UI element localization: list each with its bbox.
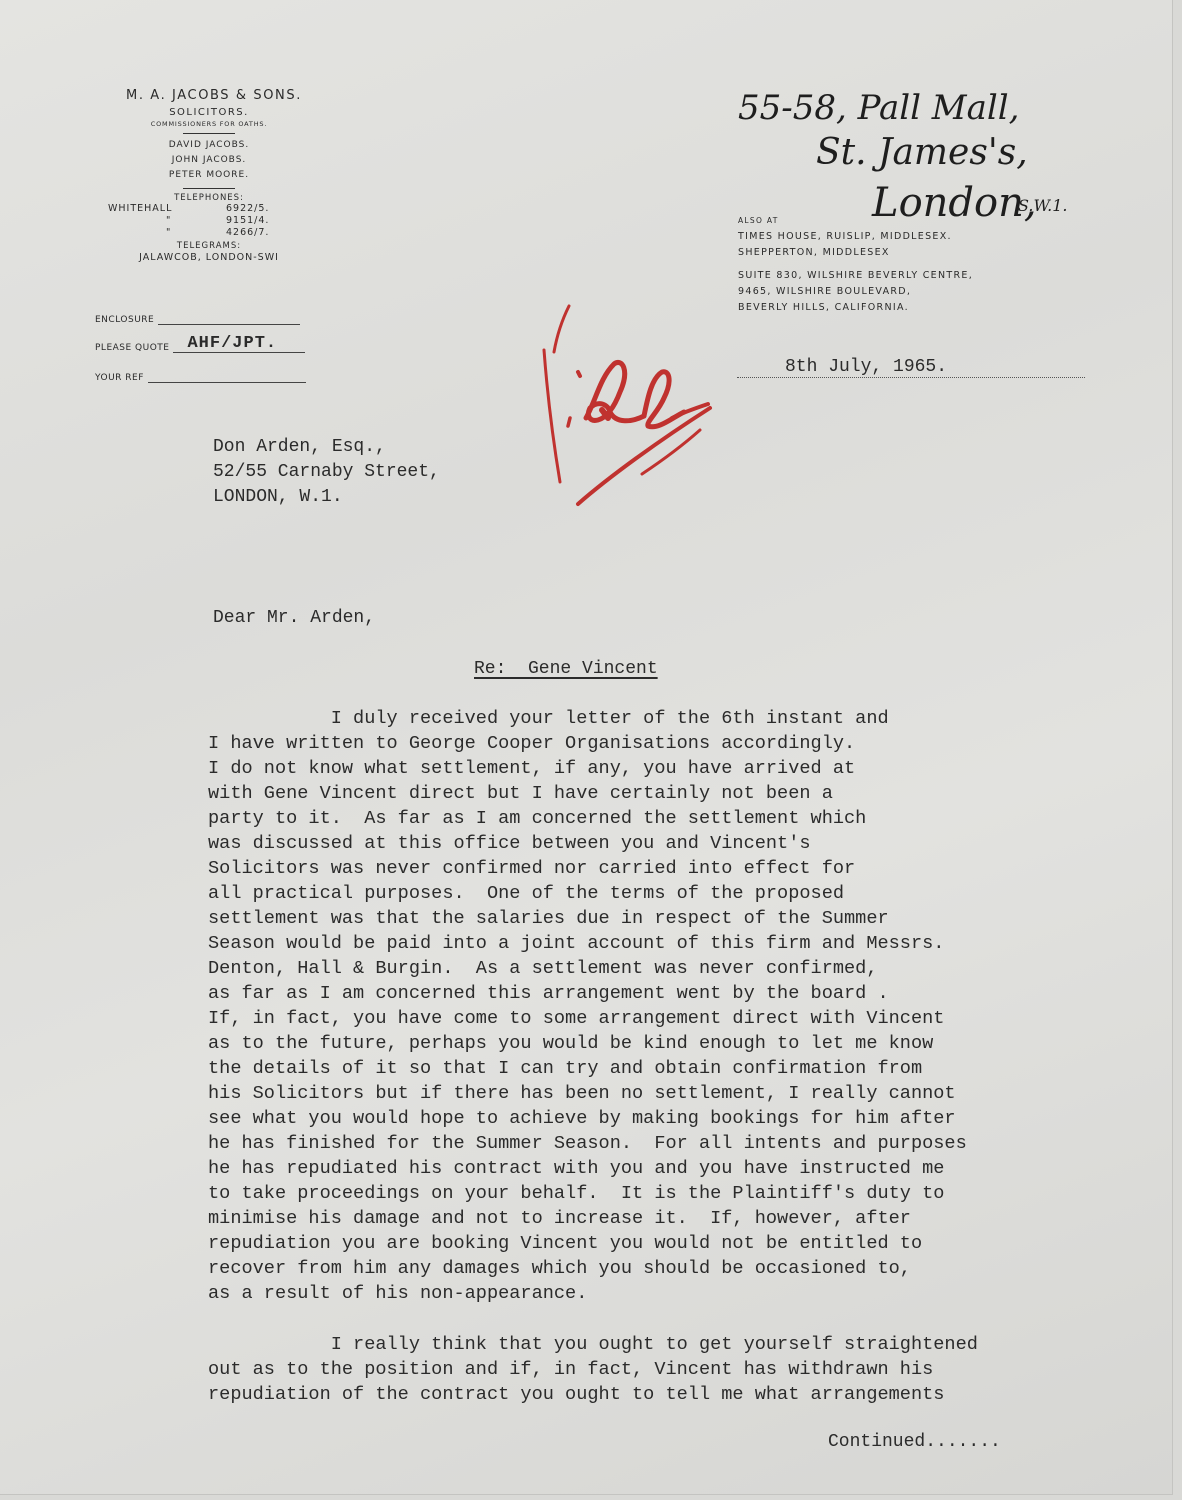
handwritten-initials-icon bbox=[520, 300, 730, 510]
your-ref-line bbox=[148, 364, 306, 383]
recipient-address: Don Arden, Esq., 52/55 Carnaby Street, L… bbox=[213, 435, 440, 510]
body-line: as a result of his non-appearance. bbox=[208, 1281, 967, 1306]
body-line: recover from him any damages which you s… bbox=[208, 1256, 967, 1281]
body-line: minimise his damage and not to increase … bbox=[208, 1206, 967, 1231]
address-postcode: S.W.1. bbox=[1018, 196, 1067, 215]
telephone-exchange: " bbox=[108, 227, 226, 239]
firm-profession: SOLICITORS. bbox=[86, 107, 332, 118]
please-quote-line: AHF/JPT. bbox=[173, 334, 305, 353]
telephone-list: WHITEHALL6922/5. "9151/4. "4266/7. bbox=[108, 203, 354, 239]
subject-line: Re: Gene Vincent bbox=[474, 659, 658, 679]
body-line: all practical purposes. One of the terms… bbox=[208, 881, 967, 906]
office-address-line: 9465, WILSHIRE BOULEVARD, bbox=[738, 284, 973, 300]
office-address-line: SHEPPERTON, MIDDLESEX bbox=[738, 245, 973, 261]
body-paragraph-2: I really think that you ought to get you… bbox=[208, 1332, 978, 1407]
enclosure-field: ENCLOSURE bbox=[95, 306, 300, 325]
body-line: I do not know what settlement, if any, y… bbox=[208, 756, 967, 781]
body-line: I duly received your letter of the 6th i… bbox=[208, 706, 967, 731]
body-line: the details of it so that I can try and … bbox=[208, 1056, 967, 1081]
body-line: was discussed at this office between you… bbox=[208, 831, 967, 856]
body-line: as far as I am concerned this arrangemen… bbox=[208, 981, 967, 1006]
partner-name: JOHN JACOBS. bbox=[86, 153, 332, 168]
address-line-2: St. James's, bbox=[816, 132, 1028, 173]
telephones-label: TELEPHONES: bbox=[86, 193, 332, 203]
body-line: to take proceedings on your behalf. It i… bbox=[208, 1181, 967, 1206]
body-line: see what you would hope to achieve by ma… bbox=[208, 1106, 967, 1131]
body-line: he has finished for the Summer Season. F… bbox=[208, 1131, 967, 1156]
telegrams-label: TELEGRAMS: bbox=[86, 241, 332, 251]
body-line: settlement was that the salaries due in … bbox=[208, 906, 967, 931]
office-address-line: TIMES HOUSE, RUISLIP, MIDDLESEX. bbox=[738, 229, 973, 245]
telephone-exchange: WHITEHALL bbox=[108, 203, 226, 215]
telegram-address: JALAWCOB, LONDON-SWI bbox=[86, 252, 332, 263]
firm-commissioners: COMMISSIONERS FOR OATHS. bbox=[86, 120, 332, 128]
body-line: as to the future, perhaps you would be k… bbox=[208, 1031, 967, 1056]
body-line: repudiation of the contract you ought to… bbox=[208, 1382, 978, 1407]
body-line: If, in fact, you have come to some arran… bbox=[208, 1006, 967, 1031]
telephone-number: 4266/7. bbox=[226, 227, 269, 239]
body-line: Solicitors was never confirmed nor carri… bbox=[208, 856, 967, 881]
body-line: Denton, Hall & Burgin. As a settlement w… bbox=[208, 956, 967, 981]
recipient-street: 52/55 Carnaby Street, bbox=[213, 460, 440, 485]
letterhead-firm-block: M. A. JACOBS & SONS. SOLICITORS. COMMISS… bbox=[86, 88, 332, 263]
body-line: I have written to George Cooper Organisa… bbox=[208, 731, 967, 756]
partner-name: PETER MOORE. bbox=[86, 168, 332, 183]
partner-name: DAVID JACOBS. bbox=[86, 138, 332, 153]
address-line-1: 55-58, Pall Mall, bbox=[738, 88, 1019, 128]
recipient-city: LONDON, W.1. bbox=[213, 485, 440, 510]
your-ref-label: YOUR REF bbox=[95, 373, 144, 383]
please-quote-label: PLEASE QUOTE bbox=[95, 343, 169, 353]
divider bbox=[183, 133, 235, 134]
telephone-number: 9151/4. bbox=[226, 215, 269, 227]
letter-page: M. A. JACOBS & SONS. SOLICITORS. COMMISS… bbox=[0, 0, 1173, 1495]
office-address-line: SUITE 830, WILSHIRE BEVERLY CENTRE, bbox=[738, 268, 973, 284]
your-ref-field: YOUR REF bbox=[95, 364, 306, 383]
body-paragraph-1: I duly received your letter of the 6th i… bbox=[208, 706, 967, 1306]
letter-date: 8th July, 1965. bbox=[785, 357, 947, 377]
divider bbox=[183, 188, 235, 189]
please-quote-field: PLEASE QUOTE AHF/JPT. bbox=[95, 334, 305, 353]
please-quote-value: AHF/JPT. bbox=[187, 334, 277, 353]
recipient-name: Don Arden, Esq., bbox=[213, 435, 440, 460]
body-line: his Solicitors but if there has been no … bbox=[208, 1081, 967, 1106]
also-at-label: ALSO AT bbox=[738, 213, 973, 229]
body-line: I really think that you ought to get you… bbox=[208, 1332, 978, 1357]
body-line: with Gene Vincent direct but I have cert… bbox=[208, 781, 967, 806]
enclosure-label: ENCLOSURE bbox=[95, 315, 154, 325]
body-line: repudiation you are booking Vincent you … bbox=[208, 1231, 967, 1256]
telephone-number: 6922/5. bbox=[226, 203, 269, 215]
continued-marker: Continued....... bbox=[828, 1432, 1001, 1452]
body-line: he has repudiated his contract with you … bbox=[208, 1156, 967, 1181]
enclosure-line bbox=[158, 306, 300, 325]
body-line: out as to the position and if, in fact, … bbox=[208, 1357, 978, 1382]
office-address-line: BEVERLY HILLS, CALIFORNIA. bbox=[738, 300, 973, 316]
other-offices: ALSO AT TIMES HOUSE, RUISLIP, MIDDLESEX.… bbox=[738, 213, 973, 316]
body-line: party to it. As far as I am concerned th… bbox=[208, 806, 967, 831]
firm-name: M. A. JACOBS & SONS. bbox=[96, 88, 332, 103]
date-line: 8th July, 1965. bbox=[737, 355, 1085, 378]
salutation: Dear Mr. Arden, bbox=[213, 608, 375, 628]
body-line: Season would be paid into a joint accoun… bbox=[208, 931, 967, 956]
telephone-exchange: " bbox=[108, 215, 226, 227]
